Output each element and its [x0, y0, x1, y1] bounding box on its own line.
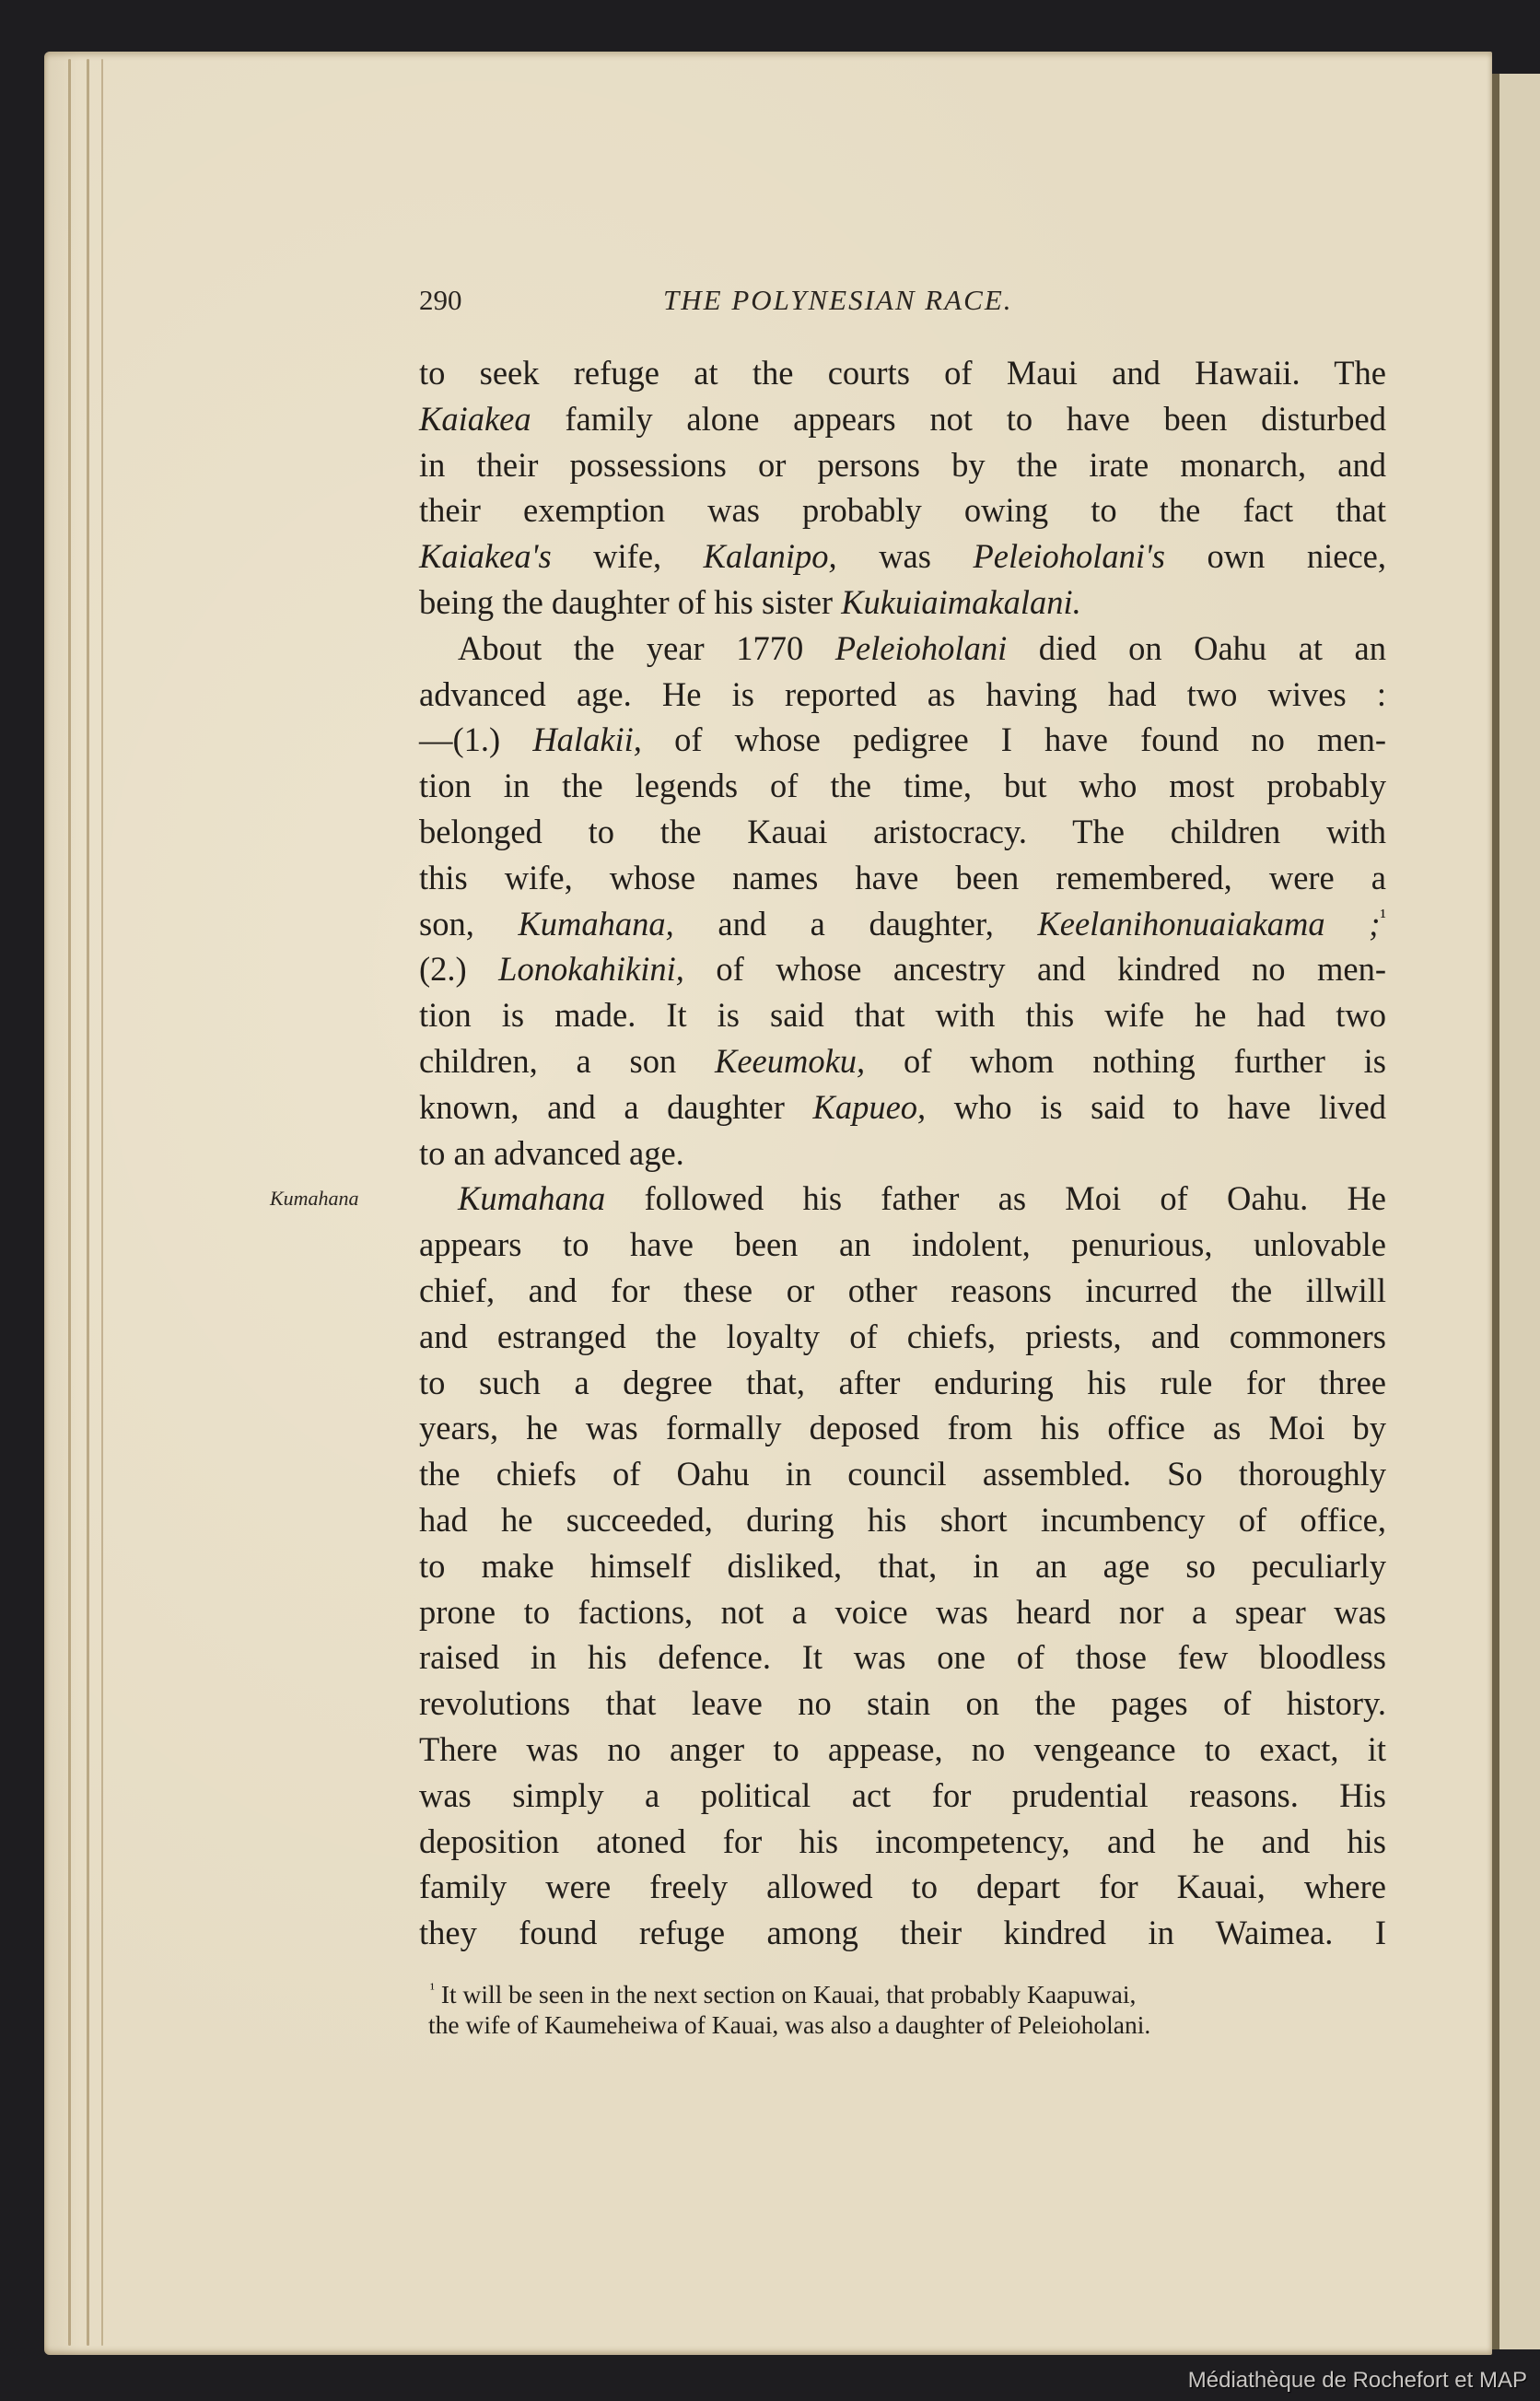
page-number: 290: [419, 284, 462, 317]
page-edge-line: [101, 59, 103, 2346]
text-run: being the daughter of his sister: [419, 583, 841, 621]
text-run: to an advanced age.: [419, 1134, 684, 1172]
running-head: 290 THE POLYNESIAN RACE.: [419, 284, 1386, 321]
text-line: being the daughter of his sister Kukuiai…: [419, 580, 1386, 626]
text-run: About the year 1770: [458, 629, 835, 667]
text-run: years, he was formally deposed from his …: [419, 1409, 1386, 1446]
text-run: they found refuge among their kindred in…: [419, 1914, 1386, 1951]
italic-name: Kaumeheiwa: [544, 2010, 678, 2039]
italic-name: Kalanipo,: [704, 537, 837, 575]
text-run: It will be seen in the next section on K…: [435, 1980, 1027, 2009]
text-run: who is said to have lived: [926, 1088, 1386, 1126]
text-line: this wife, whose names have been remembe…: [419, 855, 1386, 901]
running-title: THE POLYNESIAN RACE.: [663, 284, 1013, 317]
text-run: tion in the legends of the time, but who…: [419, 767, 1386, 804]
text-run: appears to have been an indolent, penuri…: [419, 1225, 1386, 1263]
text-line: chief, and for these or other reasons in…: [419, 1268, 1386, 1314]
facing-page-edge: [1499, 74, 1540, 2349]
text-run: own niece,: [1165, 537, 1386, 575]
text-line: There was no anger to appease, no vengea…: [419, 1727, 1386, 1773]
text-line: their exemption was probably owing to th…: [419, 487, 1386, 533]
page-edge-line: [87, 59, 89, 2346]
text-run: was simply a political act for prudentia…: [419, 1776, 1386, 1814]
text-line: Kaiakea family alone appears not to have…: [419, 396, 1386, 442]
text-run: children, a son: [419, 1042, 715, 1080]
text-run: wife,: [552, 537, 704, 575]
text-run: revolutions that leave no stain on the p…: [419, 1684, 1386, 1722]
text-run: the wife of: [428, 2010, 544, 2039]
italic-name: Peleioholani's: [973, 537, 1165, 575]
text-run: known, and a daughter: [419, 1088, 812, 1126]
text-line: Kaiakea's wife, Kalanipo, was Peleiohola…: [419, 533, 1386, 580]
text-run: family alone appears not to have been di…: [531, 400, 1386, 438]
text-run: raised in his defence. It was one of tho…: [419, 1638, 1386, 1676]
text-line: (2.) Lonokahikini, of whose ancestry and…: [419, 946, 1386, 992]
italic-name: Kaapuwai,: [1027, 1980, 1136, 2009]
text-run: followed his father as Moi of Oahu. He: [605, 1179, 1386, 1217]
text-line: to an advanced age.: [419, 1130, 1386, 1177]
text-line: to seek refuge at the courts of Maui and…: [419, 350, 1386, 396]
italic-name: Kumahana,: [518, 905, 673, 943]
text-run: of Kauai, was also a daughter of: [678, 2010, 1018, 2039]
text-run: belonged to the Kauai aristocracy. The c…: [419, 813, 1386, 850]
text-line: tion is made. It is said that with this …: [419, 992, 1386, 1038]
italic-name: Lonokahikini,: [498, 950, 684, 988]
italic-name: Kapueo,: [812, 1088, 926, 1126]
footnote-line: ¹ It will be seen in the next section on…: [428, 1979, 1377, 2009]
text-line: appears to have been an indolent, penuri…: [419, 1222, 1386, 1268]
text-run: There was no anger to appease, no vengea…: [419, 1730, 1386, 1768]
footnote-line: the wife of Kaumeheiwa of Kauai, was als…: [428, 2009, 1377, 2040]
text-line: raised in his defence. It was one of tho…: [419, 1634, 1386, 1681]
italic-name: Peleioholani: [835, 629, 1008, 667]
italic-name: Kumahana: [458, 1179, 605, 1217]
text-line: years, he was formally deposed from his …: [419, 1405, 1386, 1451]
text-line: family were freely allowed to depart for…: [419, 1864, 1386, 1910]
text-run: —(1.): [419, 720, 532, 758]
attribution-watermark: Médiathèque de Rochefort et MAP: [1188, 2368, 1527, 2394]
text-run: of whose pedigree I have found no men-: [642, 720, 1386, 758]
text-line: known, and a daughter Kapueo, who is sai…: [419, 1084, 1386, 1130]
book-gutter: [1492, 74, 1499, 2349]
text-line: the chiefs of Oahu in council assembled.…: [419, 1451, 1386, 1497]
italic-name: Kaiakea: [419, 400, 531, 438]
text-run: family were freely allowed to depart for…: [419, 1868, 1386, 1905]
text-line: children, a son Keeumoku, of whom nothin…: [419, 1038, 1386, 1084]
text-run: of whom nothing further is: [865, 1042, 1386, 1080]
text-line: in their possessions or persons by the i…: [419, 442, 1386, 488]
text-line: and estranged the loyalty of chiefs, pri…: [419, 1314, 1386, 1360]
text-run: and estranged the loyalty of chiefs, pri…: [419, 1318, 1386, 1355]
text-line: to make himself disliked, that, in an ag…: [419, 1543, 1386, 1589]
margin-sidenote: Kumahana: [270, 1187, 359, 1211]
text-run: chief, and for these or other reasons in…: [419, 1271, 1386, 1309]
text-line: revolutions that leave no stain on the p…: [419, 1681, 1386, 1727]
text-line: had he succeeded, during his short incum…: [419, 1497, 1386, 1543]
text-run: son,: [419, 905, 518, 943]
text-run: tion is made. It is said that with this …: [419, 996, 1386, 1034]
footnote-marker: ¹: [1380, 904, 1386, 927]
footnote: ¹ It will be seen in the next section on…: [428, 1979, 1377, 2040]
text-run: in their possessions or persons by the i…: [419, 446, 1386, 484]
body-text: to seek refuge at the courts of Maui and…: [419, 350, 1386, 1956]
italic-name: Keeumoku,: [715, 1042, 865, 1080]
text-line: deposition atoned for his incompetency, …: [419, 1819, 1386, 1865]
italic-name: Keelanihonuaiakama ;: [1037, 905, 1380, 943]
italic-name: Kukuiaimakalani.: [841, 583, 1081, 621]
text-line: to such a degree that, after enduring hi…: [419, 1360, 1386, 1406]
text-line: Kumahana followed his father as Moi of O…: [419, 1176, 1386, 1222]
page-edge-line: [68, 59, 71, 2346]
text-run: of whose ancestry and kindred no men-: [684, 950, 1386, 988]
text-run: deposition atoned for his incompetency, …: [419, 1822, 1386, 1860]
text-run: to such a degree that, after enduring hi…: [419, 1364, 1386, 1401]
text-line: —(1.) Halakii, of whose pedigree I have …: [419, 717, 1386, 763]
text-line: advanced age. He is reported as having h…: [419, 672, 1386, 718]
text-line: prone to factions, not a voice was heard…: [419, 1589, 1386, 1635]
text-line: tion in the legends of the time, but who…: [419, 763, 1386, 809]
text-run: the chiefs of Oahu in council assembled.…: [419, 1455, 1386, 1493]
text-line: was simply a political act for prudentia…: [419, 1773, 1386, 1819]
text-line: son, Kumahana, and a daughter, Keelaniho…: [419, 901, 1386, 947]
text-run: was: [837, 537, 974, 575]
text-run: their exemption was probably owing to th…: [419, 491, 1386, 529]
italic-name: Kaiakea's: [419, 537, 552, 575]
text-run: and a daughter,: [674, 905, 1038, 943]
text-run: had he succeeded, during his short incum…: [419, 1501, 1386, 1539]
text-line: they found refuge among their kindred in…: [419, 1910, 1386, 1956]
italic-name: Peleioholani.: [1018, 2010, 1150, 2039]
text-run: advanced age. He is reported as having h…: [419, 675, 1386, 713]
text-run: to seek refuge at the courts of Maui and…: [419, 354, 1386, 392]
text-run: (2.): [419, 950, 498, 988]
text-run: died on Oahu at an: [1007, 629, 1386, 667]
text-run: this wife, whose names have been remembe…: [419, 859, 1386, 896]
italic-name: Halakii,: [532, 720, 642, 758]
text-line: belonged to the Kauai aristocracy. The c…: [419, 809, 1386, 855]
text-run: prone to factions, not a voice was heard…: [419, 1593, 1386, 1631]
text-run: to make himself disliked, that, in an ag…: [419, 1547, 1386, 1585]
text-line: About the year 1770 Peleioholani died on…: [419, 626, 1386, 672]
